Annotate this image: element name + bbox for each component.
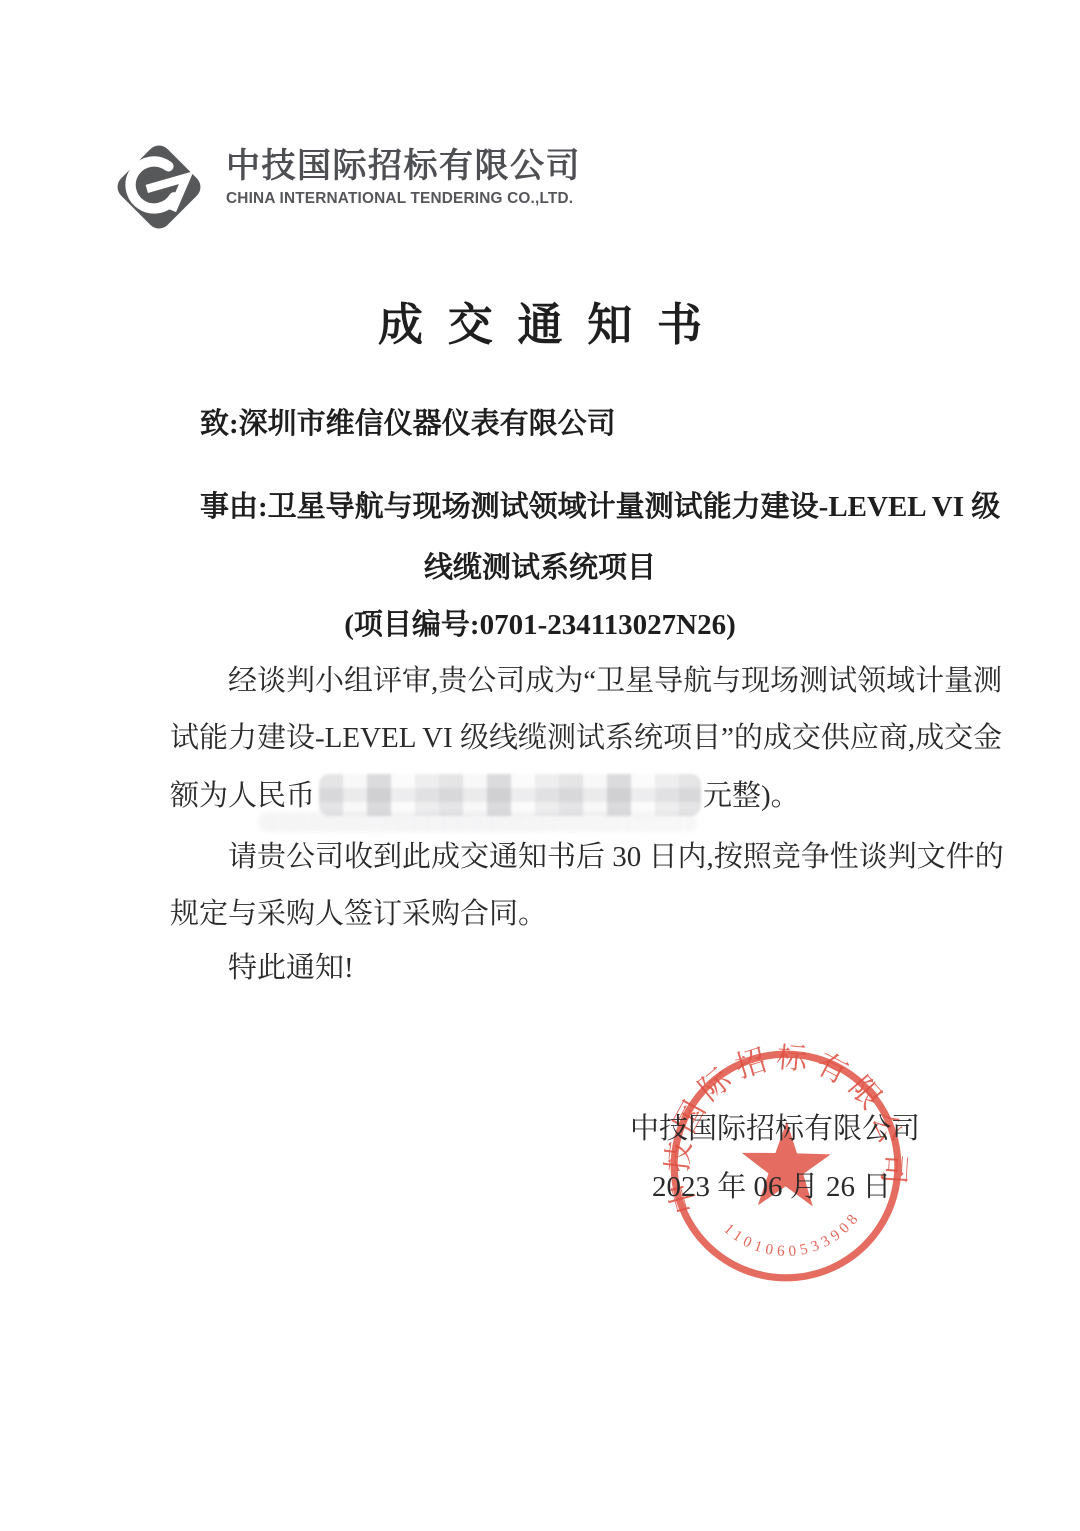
paragraph2-line1: 请贵公司收到此成交通知书后 30 日内,按照竞争性谈判文件的	[170, 836, 1004, 880]
paragraph1-line2: 试能力建设-LEVEL VI 级线缆测试系统项目”的成交供应商,成交金	[170, 717, 1002, 761]
subject-line-2: 线缆测试系统项目	[140, 547, 940, 591]
subject-text: 卫星导航与现场测试领域计量测试能力建设-LEVEL VI 级	[268, 491, 1001, 523]
amount-suffix: 元整)。	[703, 780, 800, 812]
logo-text: 中技国际招标有限公司 CHINA INTERNATIONAL TENDERING…	[226, 148, 588, 208]
redaction-blur-tail	[258, 812, 698, 832]
company-logo: 中技国际招标有限公司 CHINA INTERNATIONAL TENDERING…	[112, 140, 588, 234]
signature-company: 中技国际招标有限公司	[630, 1108, 920, 1152]
logo-company-name-cn: 中技国际招标有限公司	[226, 148, 588, 185]
paragraph1-line1: 经谈判小组评审,贵公司成为“卫星导航与现场测试领域计量测	[170, 660, 1002, 704]
closing-line: 特此通知!	[170, 947, 354, 991]
logo-company-name-en: CHINA INTERNATIONAL TENDERING CO.,LTD.	[226, 190, 573, 208]
award-notice-document: 中技国际招标有限公司 CHINA INTERNATIONAL TENDERING…	[0, 0, 1080, 1531]
subject-label: 事由:	[200, 491, 268, 523]
document-title: 成交通知书	[0, 288, 1080, 353]
signature-date: 2023 年 06 月 26 日	[652, 1166, 891, 1210]
redacted-amount-blur	[319, 774, 701, 816]
paragraph2-line2: 规定与采购人签订采购合同。	[170, 893, 547, 937]
subject-line-1: 事由:卫星导航与现场测试领域计量测试能力建设-LEVEL VI 级	[200, 486, 1000, 530]
project-number-line: (项目编号:0701-234113027N26)	[140, 604, 940, 648]
ct-diamond-logo-icon	[112, 140, 206, 234]
amount-prefix: 额为人民币	[170, 780, 315, 812]
recipient-line: 致:深圳市维信仪器仪表有限公司	[200, 403, 616, 447]
